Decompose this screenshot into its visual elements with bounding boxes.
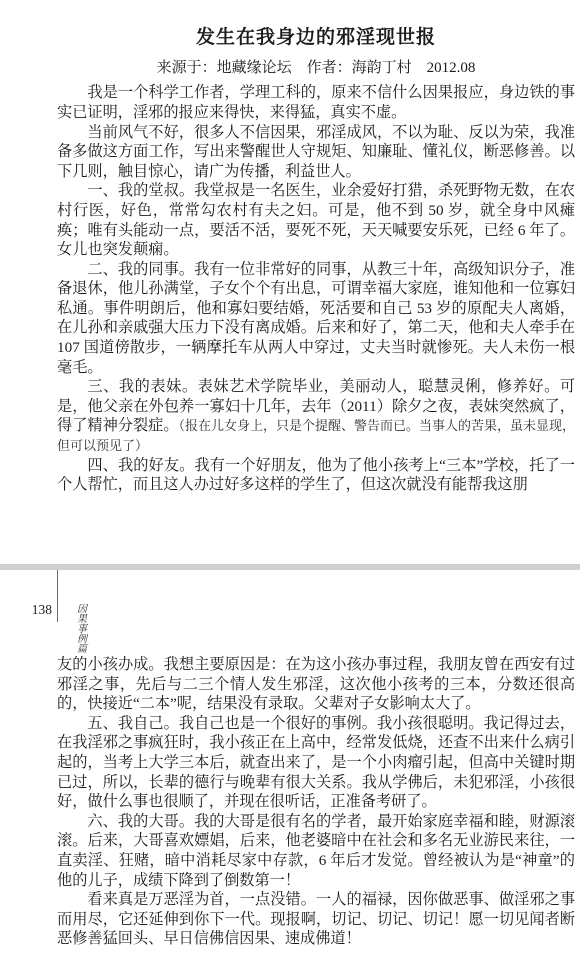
paragraph-intro-1: 我是一个科学工作者，学理工科的，原来不信什么因果报应，身边铁的事实已证明，淫邪的… <box>57 83 575 122</box>
page-number: 138 <box>24 603 52 617</box>
paragraph-conclusion: 看来真是万恶淫为首，一点没错。一人的福禄，因你做恶事、做淫邪之事而用尽，它还延伸… <box>57 890 575 949</box>
paragraph-intro-2: 当前风气不好，很多人不信因果，邪淫成风，不以为耻、反以为荣，我准备多做这方面工作… <box>57 123 575 182</box>
source-line: 来源于：地藏缘论坛 作者：海韵丁村 2012.08 <box>57 60 575 77</box>
page-title: 发生在我身边的邪淫现世报 <box>57 27 575 49</box>
section-title: 因果事例篇 <box>77 605 89 655</box>
page-1-body: 我是一个科学工作者，学理工科的，原来不信什么因果报应，身边铁的事实已证明，淫邪的… <box>57 83 575 494</box>
page-2-body: 友的小孩办成。我想主要原因是：在为这小孩办事过程，我朋友曾在西安有过邪淫之事，先… <box>57 655 575 949</box>
paragraph-story-4-continued: 友的小孩办成。我想主要原因是：在为这小孩办事过程，我朋友曾在西安有过邪淫之事，先… <box>57 655 575 714</box>
page-1: 发生在我身边的邪淫现世报 来源于：地藏缘论坛 作者：海韵丁村 2012.08 我… <box>0 0 580 495</box>
paragraph-story-6: 六、我的大哥。我的大哥是很有名的学者，最开始家庭幸福和睦，财源滚滚。后来，大哥喜… <box>57 812 575 890</box>
header-divider <box>57 570 58 622</box>
paragraph-story-2: 二、我的同事。我有一位非常好的同事，从教三十年，高级知识分子，准备退休，他儿孙满… <box>57 260 575 378</box>
paragraph-story-4: 四、我的好友。我有一个好朋友，他为了他小孩考上“三本”学校，托了一个人帮忙，而且… <box>57 456 575 495</box>
paragraph-story-1: 一、我的堂叔。我堂叔是一名医生，业余爱好打猎，杀死野物无数，在农村行医，好色，常… <box>57 181 575 259</box>
document-page: 发生在我身边的邪淫现世报 来源于：地藏缘论坛 作者：海韵丁村 2012.08 我… <box>0 0 580 960</box>
paragraph-story-3: 三、我的表妹。表妹艺术学院毕业，美丽动人，聪慧灵俐，修养好。可是，他父亲在外包养… <box>57 377 575 455</box>
page-separator <box>0 564 580 570</box>
paragraph-story-5: 五、我自己。我自己也是一个很好的事例。我小孩很聪明。我记得过去，在我淫邪之事疯狂… <box>57 714 575 812</box>
